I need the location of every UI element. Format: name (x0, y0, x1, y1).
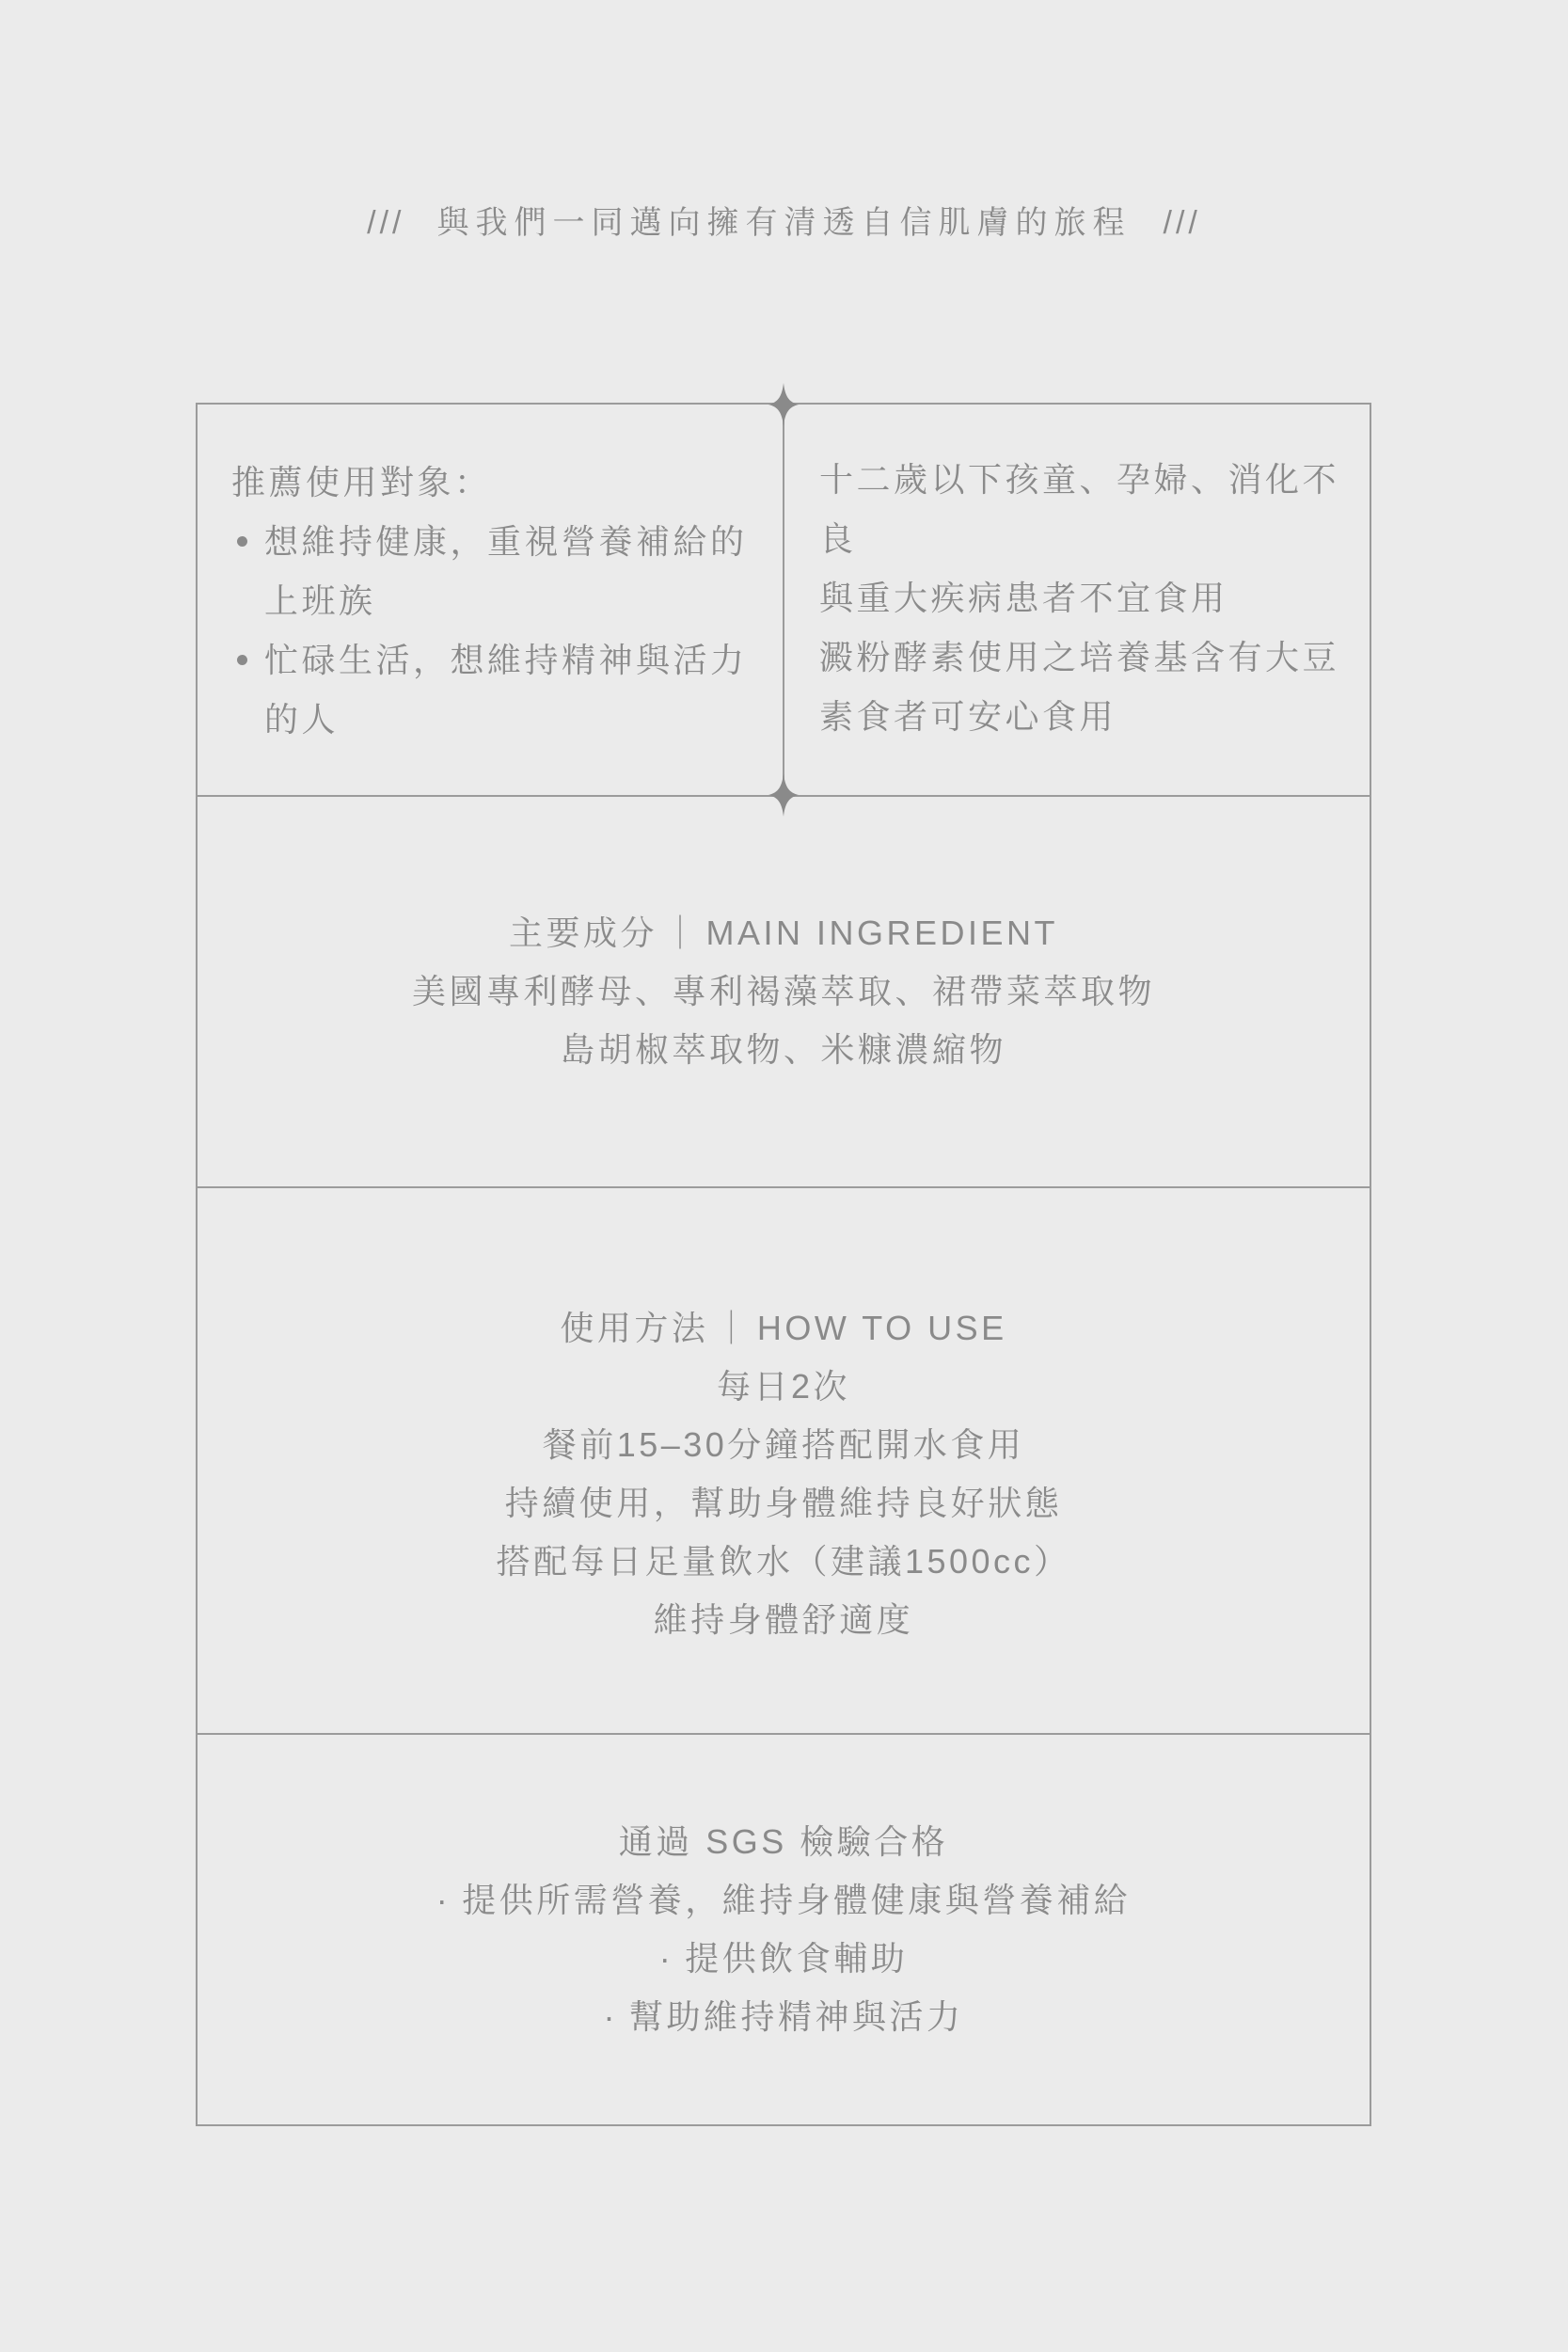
bullet-dot-icon: · (603, 1988, 618, 2046)
bullet-dot-icon: · (659, 1930, 674, 1988)
usage-title: 使用方法｜HOW TO USE (560, 1299, 1006, 1358)
tagline-slashes-right: /// (1164, 205, 1201, 241)
warnings-text: 十二歲以下孩童、孕婦、消化不良 與重大疾病患者不宜食用 澱粉酵素使用之培養基含有… (819, 450, 1347, 746)
usage-line: 每日2次 (717, 1358, 850, 1416)
certification-bullet-text: 提供飲食輔助 (685, 1930, 908, 1988)
sparkle-diamond-icon (768, 383, 799, 426)
usage-line: 維持身體舒適度 (654, 1591, 914, 1649)
list-item: 想維持健康，重視營養補給的 上班族 (237, 512, 761, 630)
bullet-dot-icon (237, 655, 247, 665)
ingredients-panel: 主要成分｜MAIN INGREDIENT 美國專利酵母、專利褐藻萃取、裙帶菜萃取… (196, 795, 1371, 1188)
usage-title-en: HOW TO USE (757, 1309, 1007, 1347)
audience-heading: 推薦使用對象： (231, 453, 761, 512)
title-divider-bar: ｜ (714, 1309, 752, 1347)
list-item: · 提供所需營養，維持身體健康與營養補給 (436, 1871, 1132, 1930)
certification-bullet-text: 提供所需營養，維持身體健康與營養補給 (462, 1871, 1131, 1930)
list-item: 忙碌生活，想維持精神與活力 的人 (237, 630, 761, 749)
column-divider (783, 405, 784, 795)
audience-bullet-text: 忙碌生活，想維持精神與活力 的人 (264, 630, 748, 749)
audience-column: 推薦使用對象： 想維持健康，重視營養補給的 上班族 忙碌生活，想維持精神與活力 … (198, 405, 784, 795)
certification-panel: 通過 SGS 檢驗合格 · 提供所需營養，維持身體健康與營養補給 · 提供飲食輔… (196, 1733, 1371, 2126)
ingredients-title-en: MAIN INGREDIENT (706, 914, 1059, 952)
ingredients-title-zh: 主要成分 (509, 914, 657, 952)
certification-heading: 通過 SGS 檢驗合格 (619, 1813, 949, 1871)
title-divider-bar: ｜ (663, 914, 701, 952)
warnings-column: 十二歲以下孩童、孕婦、消化不良 與重大疾病患者不宜食用 澱粉酵素使用之培養基含有… (784, 405, 1370, 795)
audience-panel: 推薦使用對象： 想維持健康，重視營養補給的 上班族 忙碌生活，想維持精神與活力 … (196, 403, 1371, 797)
usage-line: 搭配每日足量飲水（建議1500cc） (496, 1533, 1070, 1591)
ingredients-title: 主要成分｜MAIN INGREDIENT (509, 904, 1058, 962)
tagline-slashes-left: /// (367, 205, 404, 241)
usage-line: 持續使用，幫助身體維持良好狀態 (505, 1474, 1063, 1533)
ingredients-line: 美國專利酵母、專利褐藻萃取、裙帶菜萃取物 (412, 962, 1155, 1021)
bullet-dot-icon (237, 536, 247, 547)
info-panels: 推薦使用對象： 想維持健康，重視營養補給的 上班族 忙碌生活，想維持精神與活力 … (196, 403, 1371, 2126)
usage-panel: 使用方法｜HOW TO USE 每日2次 餐前15–30分鐘搭配開水食用 持續使… (196, 1186, 1371, 1735)
bullet-dot-icon: · (436, 1871, 451, 1930)
usage-line: 餐前15–30分鐘搭配開水食用 (543, 1416, 1025, 1474)
tagline-text: 與我們一同邁向擁有清透自信肌膚的旅程 (437, 205, 1132, 241)
certification-bullet-text: 幫助維持精神與活力 (629, 1988, 964, 2046)
list-item: · 提供飲食輔助 (659, 1930, 909, 1988)
usage-title-zh: 使用方法 (560, 1309, 708, 1347)
page-tagline: ///與我們一同邁向擁有清透自信肌膚的旅程/// (0, 194, 1568, 252)
sparkle-diamond-icon (768, 773, 799, 817)
ingredients-line: 島胡椒萃取物、米糠濃縮物 (561, 1021, 1006, 1079)
list-item: · 幫助維持精神與活力 (603, 1988, 963, 2046)
audience-bullet-text: 想維持健康，重視營養補給的 上班族 (264, 512, 748, 630)
